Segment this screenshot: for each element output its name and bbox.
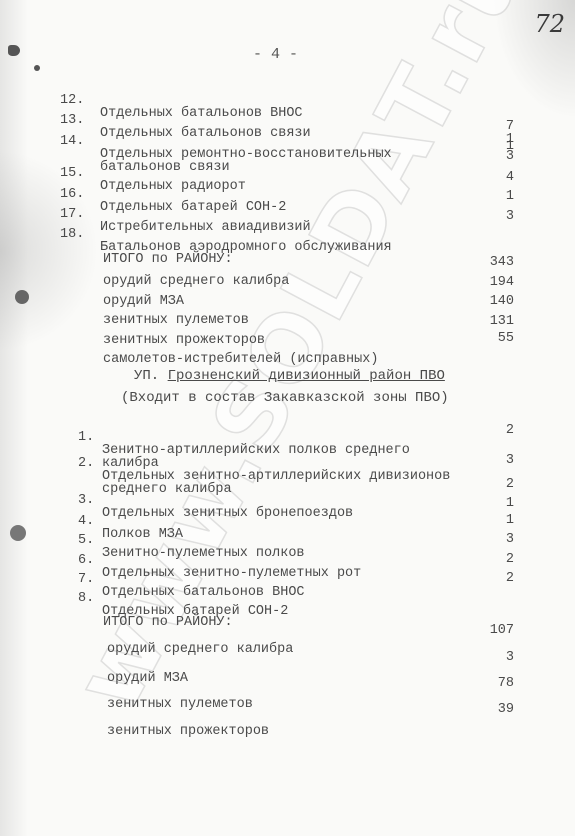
total-value: 140: [490, 295, 514, 308]
item-value: 2: [506, 572, 514, 585]
total-value: 55: [498, 332, 514, 345]
total-heading-label: ИТОГО по РАЙОНУ:: [103, 616, 233, 629]
item-value: 1: [506, 133, 514, 146]
item-value: 4: [506, 171, 514, 184]
section-title: Грозненский дивизионный район ПВО: [168, 368, 445, 384]
total-row: зенитных прожекторов 39: [0, 712, 575, 764]
total-value: 78: [498, 677, 514, 690]
document-page: www.SOLDAT.ru 72 - 4 - 12. Отдельных бат…: [0, 0, 575, 836]
item-value: 3: [506, 210, 514, 223]
item-value: 2: [506, 553, 514, 566]
total-label: орудий среднего калибра: [107, 643, 293, 656]
punch-hole-mark: [34, 65, 40, 71]
total-value: 343: [490, 256, 514, 269]
item-value: 3: [506, 150, 514, 163]
folio-number: 72: [534, 10, 565, 38]
item-number: 2.: [78, 457, 94, 470]
total-value: 194: [490, 276, 514, 289]
item-value: 2: [506, 478, 514, 491]
total-label: зенитных пулеметов: [107, 698, 253, 711]
item-value: 3: [506, 533, 514, 546]
total-label: самолетов-истребителей (исправных): [103, 353, 378, 366]
item-number: 14.: [60, 135, 84, 148]
section-heading: УП. Грозненский дивизионный район ПВО: [134, 368, 445, 384]
total-value: 39: [498, 703, 514, 716]
item-value: 1: [506, 514, 514, 527]
punch-hole-mark: [8, 45, 20, 56]
total-value: 107: [490, 624, 514, 637]
item-value: 1: [506, 497, 514, 510]
item-value: 3: [506, 454, 514, 467]
total-value: 131: [490, 315, 514, 328]
total-label: орудий МЗА: [107, 672, 188, 685]
item-number: 1.: [78, 431, 94, 444]
item-value: 2: [506, 424, 514, 437]
section-roman: УП.: [134, 368, 159, 384]
total-value: 3: [506, 651, 514, 664]
page-number: - 4 -: [253, 46, 298, 63]
section-subtitle: (Входит в состав Закавказской зоны ПВО): [121, 390, 449, 406]
total-label: зенитных прожекторов: [107, 725, 269, 738]
total-row: самолетов-истребителей (исправных) 55: [0, 340, 575, 392]
item-value: 1: [506, 190, 514, 203]
